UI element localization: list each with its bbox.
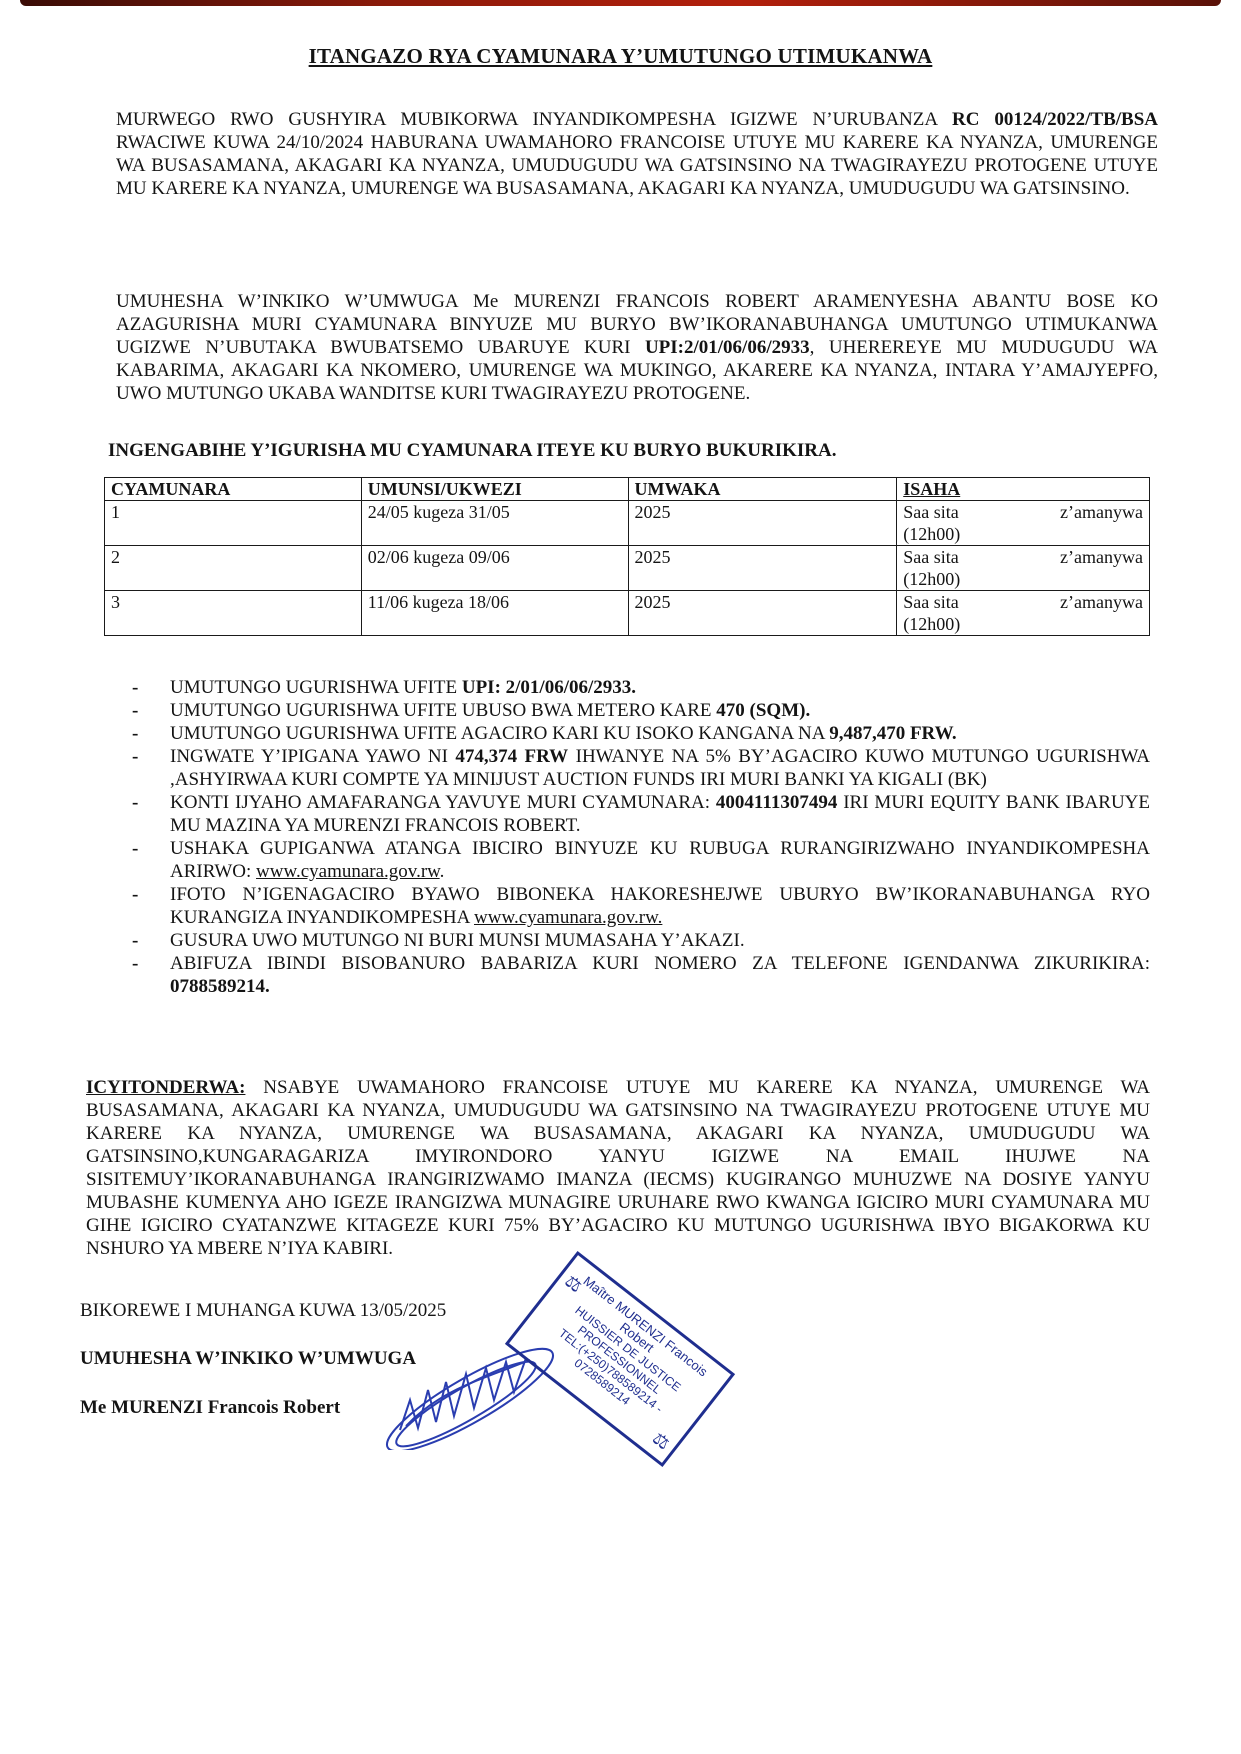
auction-dates: 24/05 kugeza 31/05 <box>361 501 628 546</box>
item-text: INGWATE Y’IPIGANA YAWO NI <box>170 746 455 767</box>
auction-schedule-table: CYAMUNARA UMUNSI/UKWEZI UMWAKA ISAHA 124… <box>104 477 1150 636</box>
item-text-cont: . <box>440 861 445 882</box>
document-title: ITANGAZO RYA CYAMUNARA Y’UMUTUNGO UTIMUK… <box>0 44 1241 69</box>
list-item: INGWATE Y’IPIGANA YAWO NI 474,374 FRW IH… <box>130 745 1150 791</box>
table-row: 124/05 kugeza 31/052025Saa sitaz’amanywa… <box>105 501 1150 546</box>
schedule-heading: INGENGABIHE Y’IGURISHA MU CYAMUNARA ITEY… <box>108 440 836 462</box>
intro-text: MURWEGO RWO GUSHYIRA MUBIKORWA INYANDIKO… <box>116 109 952 130</box>
intro-paragraph: MURWEGO RWO GUSHYIRA MUBIKORWA INYANDIKO… <box>116 108 1158 200</box>
website-link[interactable]: www.cyamunara.gov.rw <box>256 861 440 882</box>
place-and-date: BIKOREWE I MUHANGA KUWA 13/05/2025 <box>80 1300 446 1322</box>
list-item: UMUTUNGO UGURISHWA UFITE UBUSO BWA METER… <box>130 699 1150 722</box>
notice-text: NSABYE UWAMAHORO FRANCOISE UTUYE MU KARE… <box>86 1077 1150 1259</box>
item-text: UMUTUNGO UGURISHWA UFITE <box>170 677 462 698</box>
auction-year: 2025 <box>628 501 897 546</box>
notice-paragraph: ICYITONDERWA: NSABYE UWAMAHORO FRANCOISE… <box>86 1076 1150 1260</box>
list-item: GUSURA UWO MUTUNGO NI BURI MUNSI MUMASAH… <box>130 929 1150 952</box>
table-row: 311/06 kugeza 18/062025Saa sitaz’amanywa… <box>105 591 1150 636</box>
property-upi: UPI:2/01/06/06/2933 <box>645 337 810 358</box>
list-item: KONTI IJYAHO AMAFARANGA YAVUYE MURI CYAM… <box>130 791 1150 837</box>
time-label: Saa sita <box>903 501 959 523</box>
header-auction: CYAMUNARA <box>105 478 362 501</box>
auction-time: Saa sitaz’amanywa(12h00) <box>897 501 1150 546</box>
auction-time: Saa sitaz’amanywa(12h00) <box>897 591 1150 636</box>
list-item: UMUTUNGO UGURISHWA UFITE UPI: 2/01/06/06… <box>130 676 1150 699</box>
time-label-2: z’amanywa <box>1060 546 1143 568</box>
time-label-2: z’amanywa <box>1060 501 1143 523</box>
case-number: RC 00124/2022/TB/BSA <box>952 109 1158 130</box>
table-header-row: CYAMUNARA UMUNSI/UKWEZI UMWAKA ISAHA <box>105 478 1150 501</box>
item-value: 0788589214. <box>170 976 270 997</box>
table-row: 202/06 kugeza 09/062025Saa sitaz’amanywa… <box>105 546 1150 591</box>
item-value: UPI: 2/01/06/06/2933. <box>462 677 636 698</box>
item-text: UMUTUNGO UGURISHWA UFITE UBUSO BWA METER… <box>170 700 716 721</box>
auction-number: 3 <box>105 591 362 636</box>
item-value: 4004111307494 <box>716 792 837 813</box>
item-text: ABIFUZA IBINDI BISOBANURO BABARIZA KURI … <box>170 953 1150 974</box>
item-text: GUSURA UWO MUTUNGO NI BURI MUNSI MUMASAH… <box>170 930 745 951</box>
website-link[interactable]: www.cyamunara.gov.rw. <box>474 907 662 928</box>
intro-text-cont: RWACIWE KUWA 24/10/2024 HABURANA UWAMAHO… <box>116 132 1158 199</box>
scales-of-justice-icon: ⚖ <box>651 1430 672 1451</box>
auction-year: 2025 <box>628 591 897 636</box>
list-item: IFOTO N’IGENAGACIRO BYAWO BIBONEKA HAKOR… <box>130 883 1150 929</box>
item-text: KONTI IJYAHO AMAFARANGA YAVUYE MURI CYAM… <box>170 792 716 813</box>
auction-number: 1 <box>105 501 362 546</box>
property-details-list: UMUTUNGO UGURISHWA UFITE UPI: 2/01/06/06… <box>130 676 1150 998</box>
auction-year: 2025 <box>628 546 897 591</box>
item-value: 470 (SQM). <box>716 700 810 721</box>
item-value: 474,374 FRW <box>455 746 568 767</box>
signer-name: Me MURENZI Francois Robert <box>80 1397 340 1419</box>
auction-dates: 11/06 kugeza 18/06 <box>361 591 628 636</box>
signer-title: UMUHESHA W’INKIKO W’UMWUGA <box>80 1348 416 1370</box>
scan-top-edge <box>20 0 1221 6</box>
time-value: (12h00) <box>903 523 1143 545</box>
time-label: Saa sita <box>903 591 959 613</box>
list-item: ABIFUZA IBINDI BISOBANURO BABARIZA KURI … <box>130 952 1150 998</box>
auction-number: 2 <box>105 546 362 591</box>
time-label-2: z’amanywa <box>1060 591 1143 613</box>
list-item: USHAKA GUPIGANWA ATANGA IBICIRO BINYUZE … <box>130 837 1150 883</box>
list-item: UMUTUNGO UGURISHWA UFITE AGACIRO KARI KU… <box>130 722 1150 745</box>
time-label: Saa sita <box>903 546 959 568</box>
header-time: ISAHA <box>897 478 1150 501</box>
header-year: UMWAKA <box>628 478 897 501</box>
auction-time: Saa sitaz’amanywa(12h00) <box>897 546 1150 591</box>
item-value: 9,487,470 FRW. <box>829 723 956 744</box>
announcement-paragraph: UMUHESHA W’INKIKO W’UMWUGA Me MURENZI FR… <box>116 290 1158 405</box>
auction-dates: 02/06 kugeza 09/06 <box>361 546 628 591</box>
time-value: (12h00) <box>903 568 1143 590</box>
item-text: UMUTUNGO UGURISHWA UFITE AGACIRO KARI KU… <box>170 723 829 744</box>
time-value: (12h00) <box>903 613 1143 635</box>
notice-label: ICYITONDERWA: <box>86 1077 245 1098</box>
header-dates: UMUNSI/UKWEZI <box>361 478 628 501</box>
